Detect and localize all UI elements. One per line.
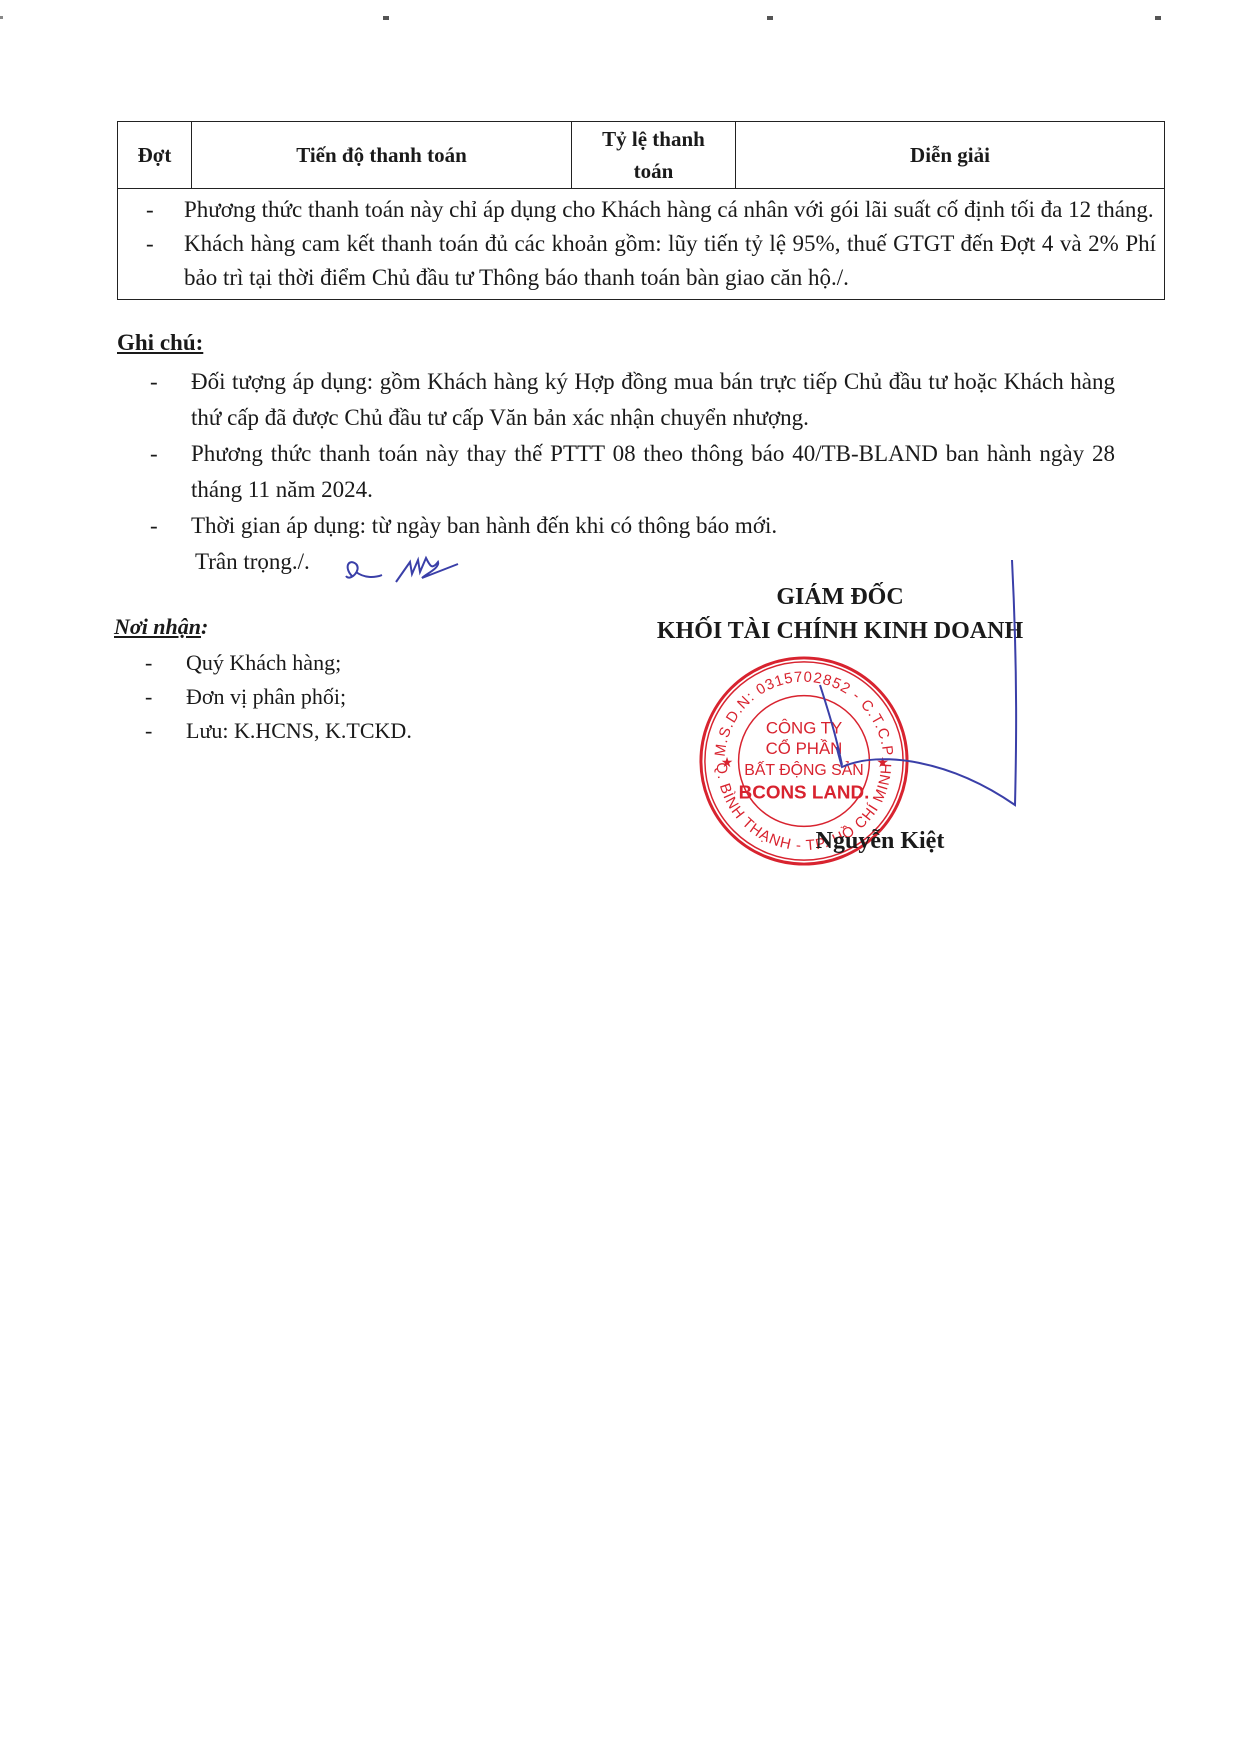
dash-bullet: - xyxy=(145,680,186,714)
signatory-title-line1: GIÁM ĐỐC xyxy=(600,580,1080,614)
svg-text:★: ★ xyxy=(876,756,888,771)
header-payment-rate: Tỷ lệ thanh toán xyxy=(572,122,736,188)
table-header: Đợt Tiến độ thanh toán Tỷ lệ thanh toán … xyxy=(118,122,1164,189)
svg-text:★: ★ xyxy=(721,756,733,771)
dash-bullet: - xyxy=(146,193,184,227)
note-item: - Phương thức thanh toán này thay thế PT… xyxy=(150,436,1115,508)
recipients-title-colon: : xyxy=(201,614,208,639)
closing-text: Trân trọng./. xyxy=(195,545,310,579)
note-text: Phương thức thanh toán này thay thế PTTT… xyxy=(191,436,1115,508)
table-note-text: Khách hàng cam kết thanh toán đủ các kho… xyxy=(184,227,1156,295)
header-payment-rate-text: Tỷ lệ thanh toán xyxy=(599,123,709,187)
table-note-text: Phương thức thanh toán này chỉ áp dụng c… xyxy=(184,193,1156,227)
table-notes: - Phương thức thanh toán này chỉ áp dụng… xyxy=(118,189,1164,299)
dash-bullet: - xyxy=(146,227,184,295)
svg-text:BẤT ĐỘNG SẢN: BẤT ĐỘNG SẢN xyxy=(744,760,863,779)
recipient-item: - Đơn vị phân phối; xyxy=(145,680,412,714)
recipient-text: Lưu: K.HCNS, K.TCKD. xyxy=(186,714,412,748)
notes-list: - Đối tượng áp dụng: gồm Khách hàng ký H… xyxy=(150,364,1115,544)
note-text: Thời gian áp dụng: từ ngày ban hành đến … xyxy=(191,508,1115,544)
table-note-item: - Phương thức thanh toán này chỉ áp dụng… xyxy=(146,193,1156,227)
dash-bullet: - xyxy=(150,364,191,436)
dash-bullet: - xyxy=(150,436,191,508)
recipient-text: Đơn vị phân phối; xyxy=(186,680,346,714)
svg-text:BCONS LAND.: BCONS LAND. xyxy=(739,782,870,803)
scan-mark xyxy=(0,16,3,19)
note-text: Đối tượng áp dụng: gồm Khách hàng ký Hợp… xyxy=(191,364,1115,436)
scan-mark xyxy=(767,16,773,20)
scan-mark xyxy=(1155,16,1161,20)
signatory-title-line2: KHỐI TÀI CHÍNH KINH DOANH xyxy=(600,614,1080,648)
recipient-item: - Lưu: K.HCNS, K.TCKD. xyxy=(145,714,412,748)
header-payment-progress: Tiến độ thanh toán xyxy=(192,122,572,188)
signatory-name: Nguyễn Kiệt xyxy=(760,828,1000,855)
note-item: - Đối tượng áp dụng: gồm Khách hàng ký H… xyxy=(150,364,1115,436)
recipients-list: - Quý Khách hàng; - Đơn vị phân phối; - … xyxy=(145,646,412,748)
note-item: - Thời gian áp dụng: từ ngày ban hành đế… xyxy=(150,508,1115,544)
header-installment: Đợt xyxy=(118,122,192,188)
svg-text:CÔNG TY: CÔNG TY xyxy=(766,718,842,737)
header-explanation: Diễn giải xyxy=(736,122,1164,188)
scan-mark xyxy=(383,16,389,20)
payment-schedule-table: Đợt Tiến độ thanh toán Tỷ lệ thanh toán … xyxy=(117,121,1165,300)
recipients-title-text: Nơi nhận xyxy=(114,614,201,639)
signatory-title: GIÁM ĐỐC KHỐI TÀI CHÍNH KINH DOANH xyxy=(600,580,1080,648)
recipient-item: - Quý Khách hàng; xyxy=(145,646,412,680)
svg-text:CỔ PHẦN: CỔ PHẦN xyxy=(766,739,843,758)
dash-bullet: - xyxy=(150,508,191,544)
table-note-item: - Khách hàng cam kết thanh toán đủ các k… xyxy=(146,227,1156,295)
notes-title: Ghi chú: xyxy=(117,330,203,356)
initials-signature-icon xyxy=(340,548,470,598)
recipient-text: Quý Khách hàng; xyxy=(186,646,341,680)
dash-bullet: - xyxy=(145,714,186,748)
dash-bullet: - xyxy=(145,646,186,680)
recipients-title: Nơi nhận: xyxy=(114,614,208,640)
